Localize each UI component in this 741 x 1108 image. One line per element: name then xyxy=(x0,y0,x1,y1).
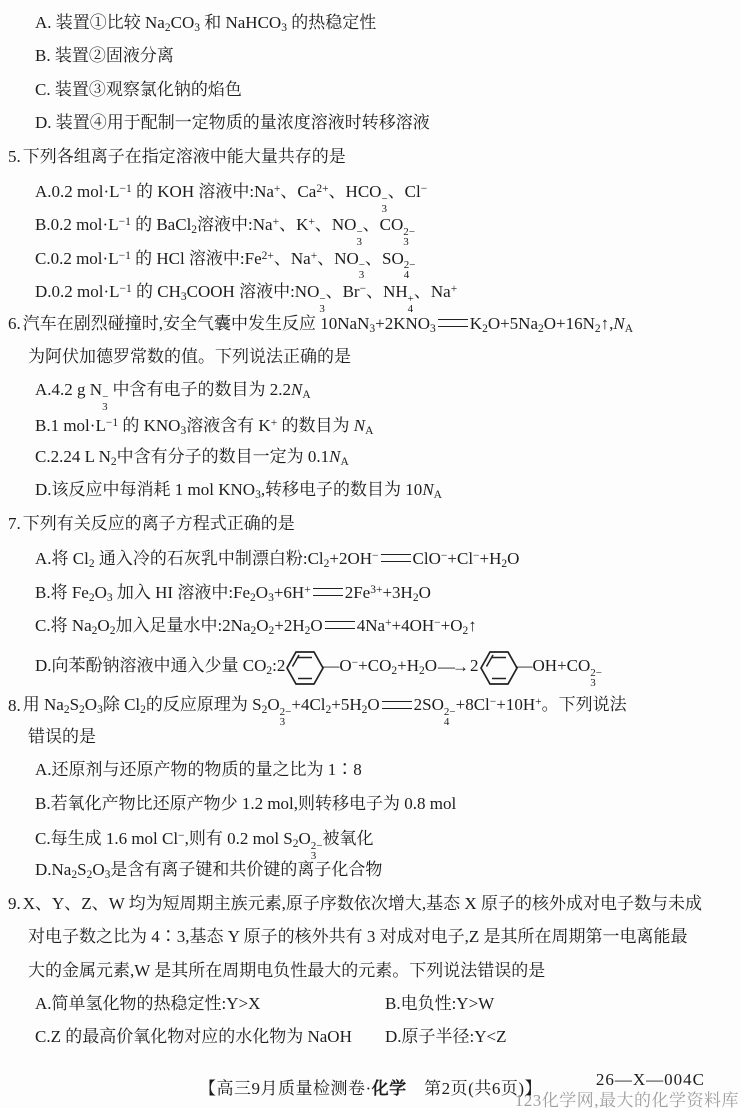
question-number: 6. xyxy=(8,314,23,333)
question-number: 9. xyxy=(8,894,23,913)
option-B: B.1 mol·L−1 的 KNO3溶液含有 K+ 的数目为 NA xyxy=(0,407,741,440)
benzene-ring-icon xyxy=(480,648,518,688)
option-D: D.向苯酚钠溶液中通入少量 CO2:2—O−+CO2+H2O—→2—OH+CO2… xyxy=(0,640,741,686)
chem-double-bond-equals xyxy=(313,588,343,596)
option-C: C.每生成 1.6 mol Cl−,则有 0.2 mol S2O2−3被氧化 xyxy=(0,820,741,853)
option-A: A.还原剂与还原产物的物质的量之比为 1∶8 xyxy=(0,753,741,786)
question-stem: 6.汽车在剧烈碰撞时,安全气囊中发生反应 10NaN3+2KNO3K2O+5Na… xyxy=(0,307,741,340)
option-A: A.4.2 g N−3 中含有电子的数目为 2.2NA xyxy=(0,373,741,406)
exam-content: A. 装置①比较 Na2CO3 和 NaHCO3 的热稳定性B. 装置②固液分离… xyxy=(0,0,741,1054)
option-B: B.将 Fe2O3 加入 HI 溶液中:Fe2O3+6H+2Fe3++3H2O xyxy=(0,574,741,607)
benzene-ring-icon xyxy=(286,648,324,688)
chem-double-bond-equals xyxy=(382,701,412,709)
question-stem-continued: 对电子数之比为 4∶3,基态 Y 原子的核外共有 3 对成对电子,Z 是其所在周… xyxy=(0,920,741,953)
option-A: A.将 Cl2 通入冷的石灰乳中制漂白粉:Cl2+2OH−ClO−+Cl−+H2… xyxy=(0,540,741,573)
question-stem: 9.X、Y、Z、W 均为短周期主族元素,原子序数依次增大,基态 X 原子的核外成… xyxy=(0,887,741,920)
question-7: 7.下列有关反应的离子方程式正确的是A.将 Cl2 通入冷的石灰乳中制漂白粉:C… xyxy=(0,507,741,687)
option-D: D.Na2S2O3是含有离子键和共价键的离子化合物 xyxy=(0,853,741,886)
option-C: C.0.2 mol·L−1 的 HCl 溶液中:Fe2+、Na+、NO−3、SO… xyxy=(0,240,741,273)
question-9: 9.X、Y、Z、W 均为短周期主族元素,原子序数依次增大,基态 X 原子的核外成… xyxy=(0,887,741,1054)
question-stem-continued: 错误的是 xyxy=(0,720,741,753)
chem-double-bond-equals xyxy=(381,554,411,562)
option-B: B. 装置②固液分离 xyxy=(0,39,741,72)
option-D: D.该反应中每消耗 1 mol KNO3,转移电子的数目为 10NA xyxy=(0,473,741,506)
option-D: D.原子半径:Y<Z xyxy=(385,1027,507,1046)
chem-double-bond-equals xyxy=(325,621,355,629)
question-number: 7. xyxy=(8,514,23,533)
option-C: C. 装置③观察氯化钠的焰色 xyxy=(0,73,741,106)
option-B: B.若氧化产物比还原产物少 1.2 mol,则转移电子为 0.8 mol xyxy=(0,787,741,820)
footer-title-subject: 化学 xyxy=(372,1079,407,1098)
chem-double-bond-equals xyxy=(438,319,468,327)
question-stem: 8.用 Na2S2O3除 Cl2的反应原理为 S2O2−3+4Cl2+5H2O2… xyxy=(0,686,741,719)
question-stem: 7.下列有关反应的离子方程式正确的是 xyxy=(0,507,741,540)
option-C: C.Z 的最高价氧化物对应的水化物为 NaOH xyxy=(35,1020,385,1053)
question-number: 5. xyxy=(8,147,23,166)
option-D: D. 装置④用于配制一定物质的量浓度溶液时转移溶液 xyxy=(0,106,741,139)
question-5: 5.下列各组离子在指定溶液中能大量共存的是A.0.2 mol·L−1 的 KOH… xyxy=(0,140,741,307)
watermark-text: 123化学网,最大的化学资料库 xyxy=(515,1086,739,1108)
option-B: B.电负性:Y>W xyxy=(385,994,494,1013)
question-stem: 5.下列各组离子在指定溶液中能大量共存的是 xyxy=(0,140,741,173)
exam-paper-page: A. 装置①比较 Na2CO3 和 NaHCO3 的热稳定性B. 装置②固液分离… xyxy=(0,0,741,1108)
option-A: A.简单氢化物的热稳定性:Y>X xyxy=(35,987,385,1020)
question-stem-continued: 为阿伏加德罗常数的值。下列说法正确的是 xyxy=(0,340,741,373)
option-C: C.2.24 L N2中含有分子的数目一定为 0.1NA xyxy=(0,440,741,473)
page-footer: 【高三9月质量检测卷·化学 第2页(共6页)】 26—X—004C 123化学网… xyxy=(0,1066,741,1099)
question-4-options: A. 装置①比较 Na2CO3 和 NaHCO3 的热稳定性B. 装置②固液分离… xyxy=(0,6,741,140)
option-B: B.0.2 mol·L−1 的 BaCl2溶液中:Na+、K+、NO−3、CO2… xyxy=(0,206,741,239)
option-D: D.0.2 mol·L−1 的 CH3COOH 溶液中:NO−3、Br−、NH+… xyxy=(0,273,741,306)
question-6: 6.汽车在剧烈碰撞时,安全气囊中发生反应 10NaN3+2KNO3K2O+5Na… xyxy=(0,307,741,507)
option-row: C.Z 的最高价氧化物对应的水化物为 NaOHD.原子半径:Y<Z xyxy=(0,1020,741,1053)
option-row: A.简单氢化物的热稳定性:Y>XB.电负性:Y>W xyxy=(0,987,741,1020)
option-C: C.将 Na2O2加入足量水中:2Na2O2+2H2O4Na++4OH−+O2↑ xyxy=(0,607,741,640)
reaction-arrow: —→ xyxy=(438,657,466,676)
option-A: A.0.2 mol·L−1 的 KOH 溶液中:Na+、Ca2+、HCO−3、C… xyxy=(0,173,741,206)
question-number: 8. xyxy=(8,696,23,715)
question-stem-continued: 大的金属元素,W 是其所在周期电负性最大的元素。下列说法错误的是 xyxy=(0,954,741,987)
footer-title-prefix: 【高三9月质量检测卷· xyxy=(199,1079,372,1098)
option-A: A. 装置①比较 Na2CO3 和 NaHCO3 的热稳定性 xyxy=(0,6,741,39)
question-8: 8.用 Na2S2O3除 Cl2的反应原理为 S2O2−3+4Cl2+5H2O2… xyxy=(0,686,741,886)
